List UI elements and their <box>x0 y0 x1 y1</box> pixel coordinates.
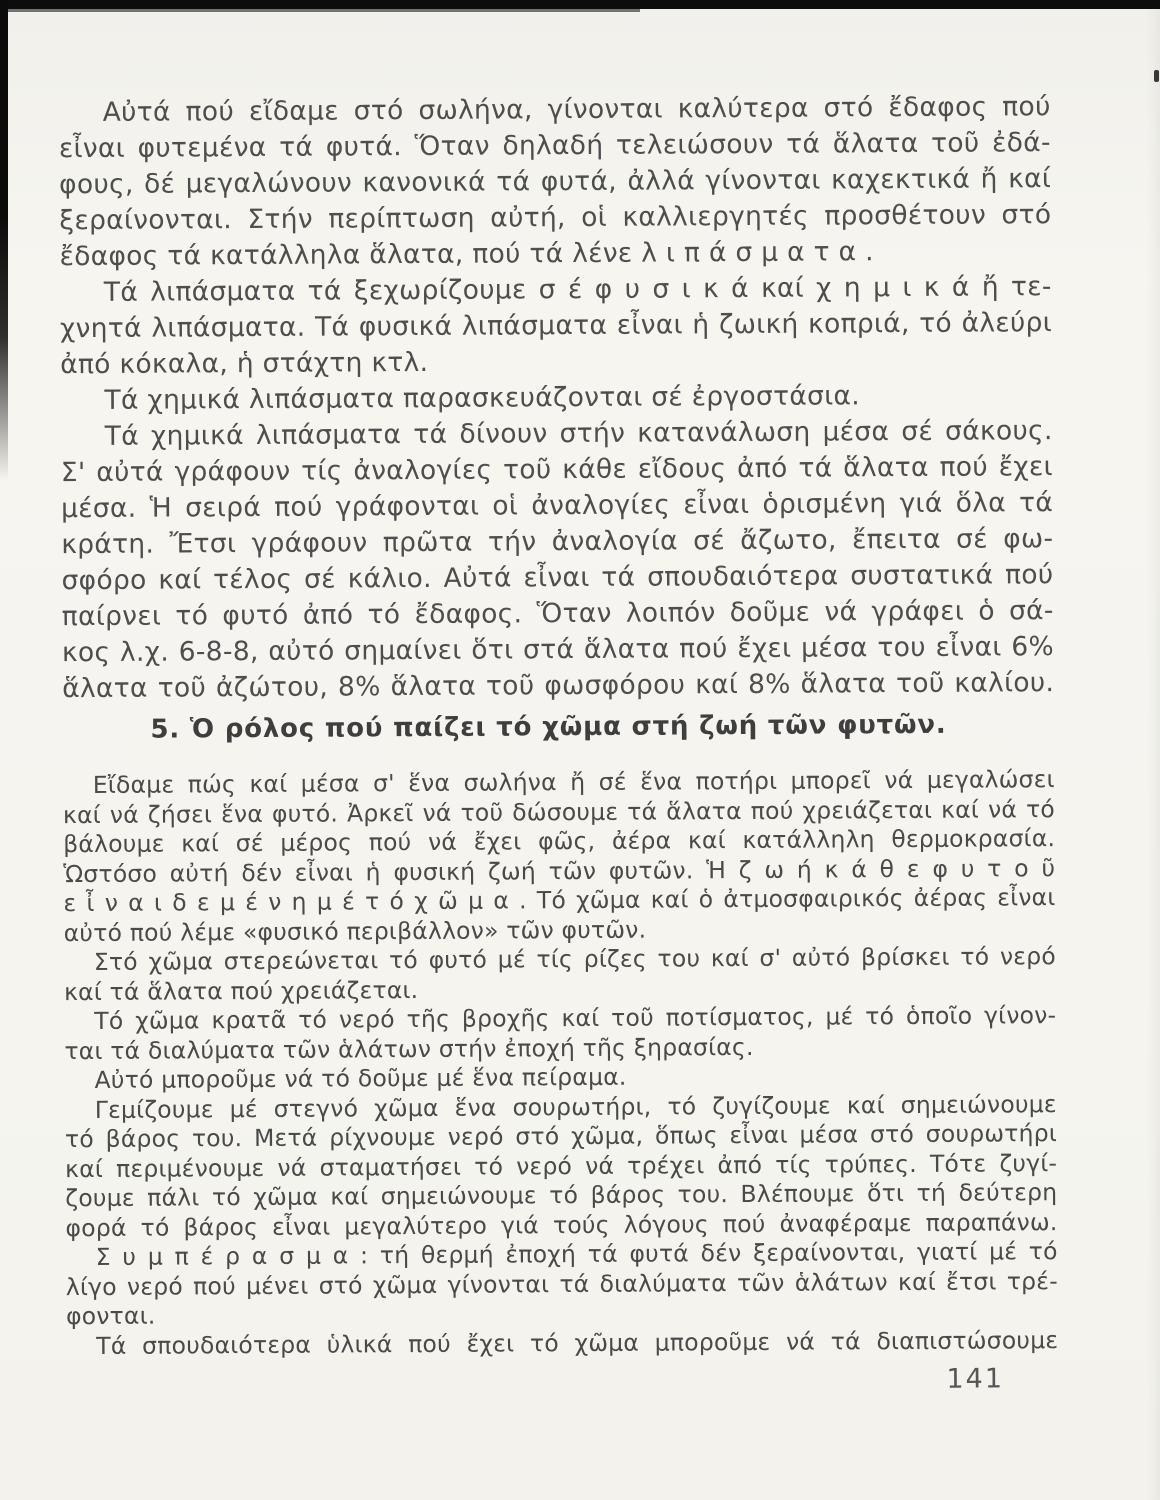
text-line: λίγο νερό πού μένει στό χῶμα γίνονται τά… <box>66 1267 1058 1303</box>
text-line: σφόρο καί τέλος σέ κάλιο. Αὐτά εἶναι τά … <box>61 557 1053 599</box>
section-text-block: Εἴδαμε πώς καί μέσα σ' ἕνα σωλήνα ἤ σέ ἕ… <box>63 765 1059 1361</box>
text-line: παίρνει τό φυτό ἀπό τό ἔδαφος. Ὅταν λοιπ… <box>62 593 1054 635</box>
text-line: ἀπό κόκαλα, ἡ στάχτη κτλ. <box>60 341 1052 383</box>
text-line: ἅλατα τοῦ ἀζώτου, 8% ἅλατα τοῦ φωσφόρου … <box>62 665 1054 707</box>
page-number: 141 <box>946 1363 1004 1394</box>
text-line: εἶναι φυτεμένα τά φυτά. Ὅταν δηλαδή τελε… <box>59 125 1051 167</box>
paragraph: Τά λιπάσματα τά ξεχωρίζουμε σ έ φ υ σ ι … <box>60 269 1053 383</box>
intro-text-block: Αὐτά πού εἴδαμε στό σωλήνα, γίνονται καλ… <box>59 89 1055 707</box>
paragraph: Εἴδαμε πώς καί μέσα σ' ἕνα σωλήνα ἤ σέ ἕ… <box>63 765 1056 948</box>
text-line: χνητά λιπάσματα. Τά φυσικά λιπάσματα εἶν… <box>60 305 1052 347</box>
text-line: ε ἶ ν α ι δ ε μ έ ν η μ έ τ ό χ ῶ μ α . … <box>63 883 1055 919</box>
text-line: Στό χῶμα στερεώνεται τό φυτό μέ τίς ρίζε… <box>64 942 1056 978</box>
text-line: κράτη. Ἔτσι γράφουν πρῶτα τήν ἀναλογία σ… <box>61 521 1053 563</box>
section-heading: 5. Ὁ ρόλος πού παίζει τό χῶμα στή ζωή τῶ… <box>150 710 946 745</box>
page-text-layer: Αὐτά πού εἴδαμε στό σωλήνα, γίνονται καλ… <box>0 0 1160 1500</box>
paragraph: Γεμίζουμε μέ στεγνό χῶμα ἕνα σουρωτήρι, … <box>65 1090 1058 1244</box>
text-line: Τά σπουδαιότερα ὑλικά πού ἔχει τό χῶμα μ… <box>66 1326 1058 1362</box>
paragraph: Τά χημικά λιπάσματα τά δίνουν στήν καταν… <box>61 413 1055 707</box>
text-line: κος λ.χ. 6-8-8, αὐτό σημαίνει ὅτι στά ἅλ… <box>62 629 1054 671</box>
paragraph: Τά χημικά λιπάσματα παρασκευάζονται σέ ἐ… <box>60 377 1052 419</box>
text-line: ξεραίνονται. Στήν περίπτωση αὐτή, οἱ καλ… <box>59 197 1051 239</box>
scanned-page: { "scan": { "paper_color": "#f5f4ef", "t… <box>0 0 1160 1500</box>
text-line: Τό χῶμα κρατᾶ τό νερό τῆς βροχῆς καί τοῦ… <box>64 1001 1056 1037</box>
text-line: Τά χημικά λιπάσματα παρασκευάζονται σέ ἐ… <box>60 377 1052 419</box>
text-line: Τά λιπάσματα τά ξεχωρίζουμε σ έ φ υ σ ι … <box>60 269 1052 311</box>
paragraph: Στό χῶμα στερεώνεται τό φυτό μέ τίς ρίζε… <box>64 942 1056 1007</box>
paragraph: Αὐτά πού εἴδαμε στό σωλήνα, γίνονται καλ… <box>59 89 1052 275</box>
paragraph: Σ υ μ π έ ρ α σ μ α : τή θερμή ἐποχή τά … <box>66 1237 1059 1332</box>
paragraph: Τά σπουδαιότερα ὑλικά πού ἔχει τό χῶμα μ… <box>66 1326 1058 1362</box>
text-line: ἔδαφος τά κατάλληλα ἅλατα, πού τά λένε λ… <box>59 233 1051 275</box>
text-line: Αὐτά πού εἴδαμε στό σωλήνα, γίνονται καλ… <box>59 89 1051 131</box>
text-line: Σ' αὐτά γράφουν τίς ἀναλογίες τοῦ κάθε ε… <box>61 449 1053 491</box>
text-line: Τά χημικά λιπάσματα τά δίνουν στήν καταν… <box>61 413 1053 455</box>
paragraph: Τό χῶμα κρατᾶ τό νερό τῆς βροχῆς καί τοῦ… <box>64 1001 1056 1066</box>
text-line: μέσα. Ἡ σειρά πού γράφονται οἱ ἀναλογίες… <box>61 485 1053 527</box>
text-line: φους, δέ μεγαλώνουν κανονικά τά φυτά, ἀλ… <box>59 161 1051 203</box>
